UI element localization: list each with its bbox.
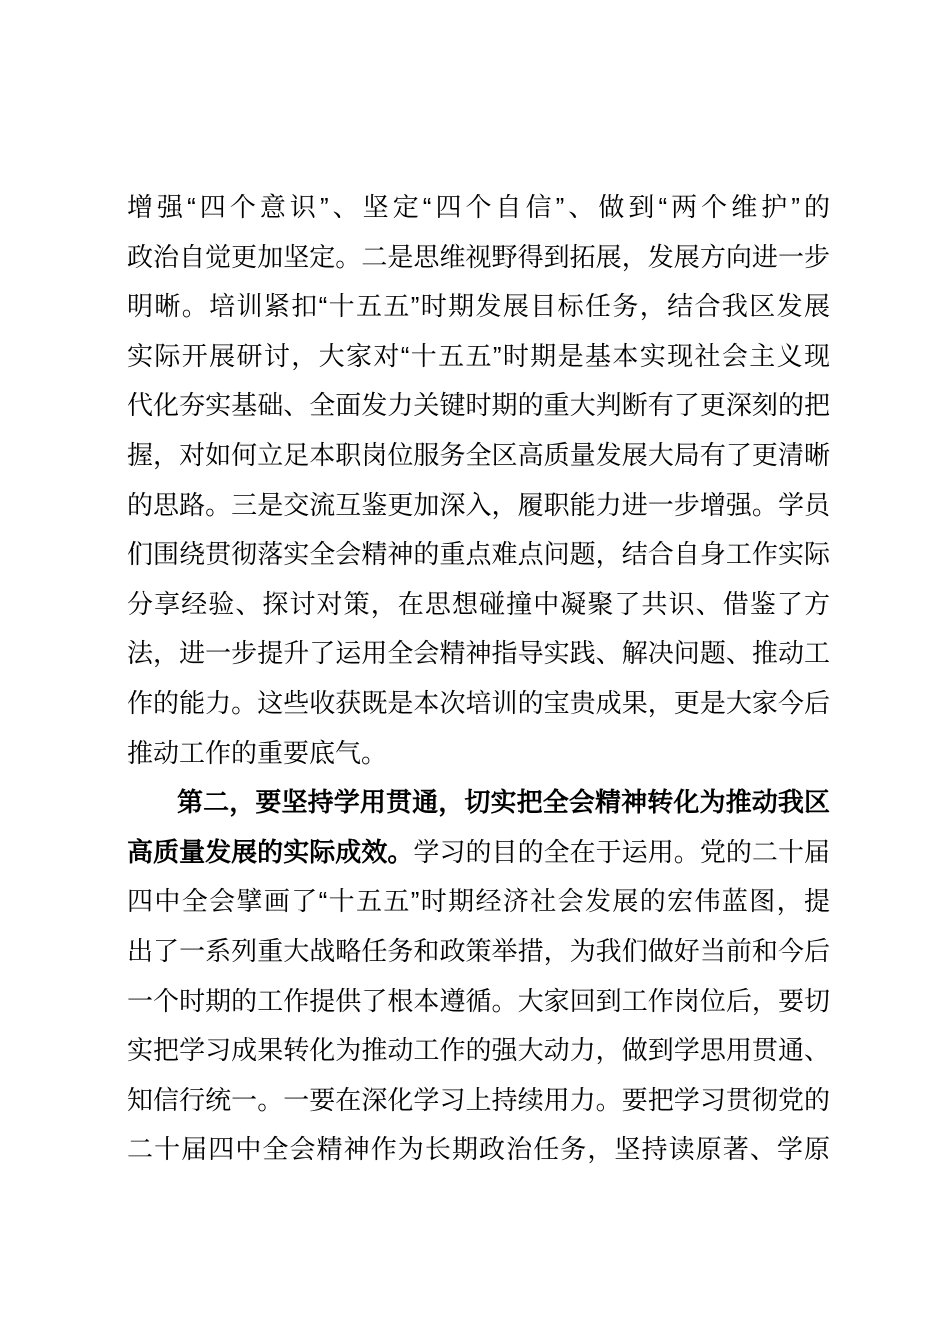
text-line: 一个时期的工作提供了根本遵循。大家回到工作岗位后，要切	[127, 977, 830, 1027]
text-segment: 实把学习成果转化为推动工作的强大动力，做到学思用贯通、	[127, 1035, 830, 1065]
text-segment: 增强“四个意识”、坚定“四个自信”、做到“两个维护”的	[127, 192, 830, 222]
text-line: 推动工作的重要底气。	[127, 729, 830, 779]
text-segment: 推动工作的重要底气。	[127, 738, 387, 768]
bold-text-segment: 高质量发展的实际成效。	[127, 837, 413, 867]
text-line: 握，对如何立足本职岗位服务全区高质量发展大局有了更清晰	[127, 431, 830, 481]
text-segment: 政治自觉更加坚定。二是思维视野得到拓展，发展方向进一步	[127, 242, 830, 272]
text-line: 第二，要坚持学用贯通，切实把全会精神转化为推动我区	[127, 778, 830, 828]
bold-text-segment: 第二，要坚持学用贯通，切实把全会精神转化为推动我区	[177, 787, 830, 817]
text-segment: 明晰。培训紧扣“十五五”时期发展目标任务，结合我区发展	[127, 291, 830, 321]
text-line: 们围绕贯彻落实全会精神的重点难点问题，结合自身工作实际	[127, 530, 830, 580]
text-line: 明晰。培训紧扣“十五五”时期发展目标任务，结合我区发展	[127, 282, 830, 332]
text-line: 作的能力。这些收获既是本次培训的宝贵成果，更是大家今后	[127, 679, 830, 729]
text-line: 出了一系列重大战略任务和政策举措，为我们做好当前和今后	[127, 927, 830, 977]
text-segment: 知信行统一。一要在深化学习上持续用力。要把学习贯彻党的	[127, 1085, 830, 1115]
text-line: 二十届四中全会精神作为长期政治任务，坚持读原著、学原	[127, 1125, 830, 1175]
text-segment: 握，对如何立足本职岗位服务全区高质量发展大局有了更清晰	[127, 440, 830, 470]
text-segment: 们围绕贯彻落实全会精神的重点难点问题，结合自身工作实际	[127, 539, 830, 569]
text-segment: 的思路。三是交流互鉴更加深入，履职能力进一步增强。学员	[127, 490, 830, 520]
text-line: 法，进一步提升了运用全会精神指导实践、解决问题、推动工	[127, 629, 830, 679]
text-segment: 法，进一步提升了运用全会精神指导实践、解决问题、推动工	[127, 638, 830, 668]
text-segment: 分享经验、探讨对策，在思想碰撞中凝聚了共识、借鉴了方	[127, 589, 830, 619]
text-segment: 作的能力。这些收获既是本次培训的宝贵成果，更是大家今后	[127, 688, 830, 718]
text-line: 实际开展研讨，大家对“十五五”时期是基本实现社会主义现	[127, 332, 830, 382]
text-line: 政治自觉更加坚定。二是思维视野得到拓展，发展方向进一步	[127, 233, 830, 283]
document-body: 增强“四个意识”、坚定“四个自信”、做到“两个维护”的政治自觉更加坚定。二是思维…	[127, 183, 830, 1175]
text-segment: 出了一系列重大战略任务和政策举措，为我们做好当前和今后	[127, 936, 830, 966]
text-line: 的思路。三是交流互鉴更加深入，履职能力进一步增强。学员	[127, 481, 830, 531]
text-segment: 一个时期的工作提供了根本遵循。大家回到工作岗位后，要切	[127, 986, 830, 1016]
text-line: 实把学习成果转化为推动工作的强大动力，做到学思用贯通、	[127, 1026, 830, 1076]
text-segment: 四中全会擘画了“十五五”时期经济社会发展的宏伟蓝图，提	[127, 886, 830, 916]
text-line: 知信行统一。一要在深化学习上持续用力。要把学习贯彻党的	[127, 1076, 830, 1126]
text-line: 高质量发展的实际成效。学习的目的全在于运用。党的二十届	[127, 828, 830, 878]
text-segment: 二十届四中全会精神作为长期政治任务，坚持读原著、学原	[127, 1134, 830, 1164]
text-segment: 实际开展研讨，大家对“十五五”时期是基本实现社会主义现	[127, 341, 830, 371]
text-line: 代化夯实基础、全面发力关键时期的重大判断有了更深刻的把	[127, 381, 830, 431]
text-line: 增强“四个意识”、坚定“四个自信”、做到“两个维护”的	[127, 183, 830, 233]
text-segment: 代化夯实基础、全面发力关键时期的重大判断有了更深刻的把	[127, 390, 830, 420]
text-line: 四中全会擘画了“十五五”时期经济社会发展的宏伟蓝图，提	[127, 877, 830, 927]
document-page: 增强“四个意识”、坚定“四个自信”、做到“两个维护”的政治自觉更加坚定。二是思维…	[0, 0, 950, 1344]
text-segment: 学习的目的全在于运用。党的二十届	[413, 837, 830, 867]
text-line: 分享经验、探讨对策，在思想碰撞中凝聚了共识、借鉴了方	[127, 580, 830, 630]
